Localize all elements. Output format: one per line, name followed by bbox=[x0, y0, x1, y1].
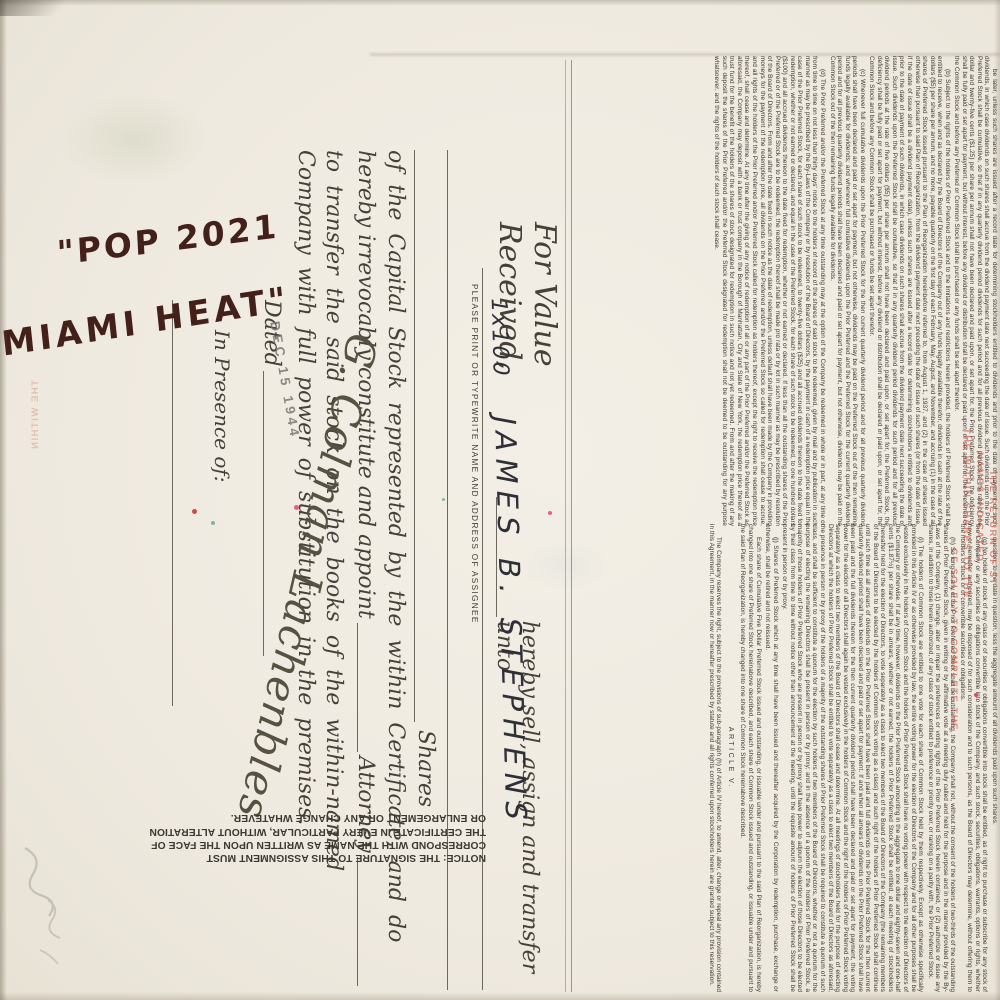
dated-blank-line bbox=[263, 371, 265, 656]
notice-line: CORRESPOND WITH THE NAME AS WRITTEN UPON… bbox=[112, 837, 486, 850]
separator-rule bbox=[571, 60, 572, 992]
legal-paragraph-plan: Each share of Cumulative Five Dollar Pre… bbox=[739, 524, 762, 992]
article-v-body: The Company reserves the right, subject … bbox=[707, 524, 722, 992]
blank-shares-line bbox=[414, 150, 416, 722]
in-presence-of-label: In Presence of: bbox=[210, 330, 234, 483]
scan-edge-shadow bbox=[0, 992, 1000, 1000]
legal-paragraph-c: (c) Whenever full cumulative dividends u… bbox=[828, 56, 866, 526]
scan-edge-shadow bbox=[0, 0, 1000, 6]
pink-ink-speck bbox=[548, 511, 552, 515]
legal-paragraph-j: (j) Shares of Preferred Stock which at a… bbox=[764, 524, 779, 992]
legal-paragraph-d: (d) The Prior Preferred and/or the Prefe… bbox=[713, 56, 826, 526]
legal-text-column-1: be later, unless such shares are issued … bbox=[711, 56, 998, 526]
legal-paragraph-b: (b) Subject to the rights of the holders… bbox=[868, 56, 951, 526]
pencil-marks bbox=[10, 840, 80, 970]
pink-ink-speck bbox=[294, 505, 299, 510]
form-row-appoint: hereby irrevocably constitute and appoin… bbox=[353, 150, 378, 990]
assignee-name-line bbox=[482, 268, 484, 990]
scan-edge-shadow bbox=[994, 0, 1000, 1000]
notice-line: THE CERTIFICATE IN EVERY PARTICULAR, WIT… bbox=[112, 824, 486, 837]
pink-ink-speck bbox=[974, 693, 978, 697]
article-v-heading: ARTICLE V. bbox=[726, 524, 734, 992]
teal-ink-speck bbox=[442, 498, 445, 501]
legal-paragraph-i: (i) The holders of Common Stock are enti… bbox=[781, 524, 924, 992]
witness-line bbox=[172, 300, 174, 706]
red-stamp-bleed-fragment: THE WITHIN SHARES TO THE bbox=[961, 428, 972, 599]
blank-line bbox=[357, 857, 359, 986]
notice-line: OR ENLARGEMENT OR ANY CHANGE WHATEVER. bbox=[112, 811, 486, 824]
handwritten-share-quantity: 1x100 bbox=[486, 296, 513, 380]
red-stamp-bleed-mirrored: THE WITHIN bbox=[30, 380, 41, 450]
teal-ink-speck bbox=[211, 521, 215, 525]
notice-line: NOTICE: THE SIGNATURE TO THIS ASSIGNMENT… bbox=[112, 851, 486, 864]
red-stamp-bleed-fragment: NAMES INDICATED bbox=[974, 452, 985, 562]
notice-block: NOTICE: THE SIGNATURE TO THIS ASSIGNMENT… bbox=[112, 811, 486, 864]
red-ink-speck bbox=[192, 509, 197, 514]
separator-rule bbox=[565, 60, 566, 992]
red-stamp-bleed-fragment: CE SOLELY TO COMPLETE THE bbox=[948, 548, 959, 731]
scan-corner-shadow bbox=[0, 0, 70, 16]
assignee-caption: PLEASE PRINT OR TYPEWRITE NAME AND ADDRE… bbox=[470, 284, 479, 624]
shares-label: Shares bbox=[413, 730, 438, 807]
paper-crease bbox=[370, 53, 1000, 56]
blank-line bbox=[357, 623, 359, 752]
blank-address-line bbox=[447, 150, 449, 990]
